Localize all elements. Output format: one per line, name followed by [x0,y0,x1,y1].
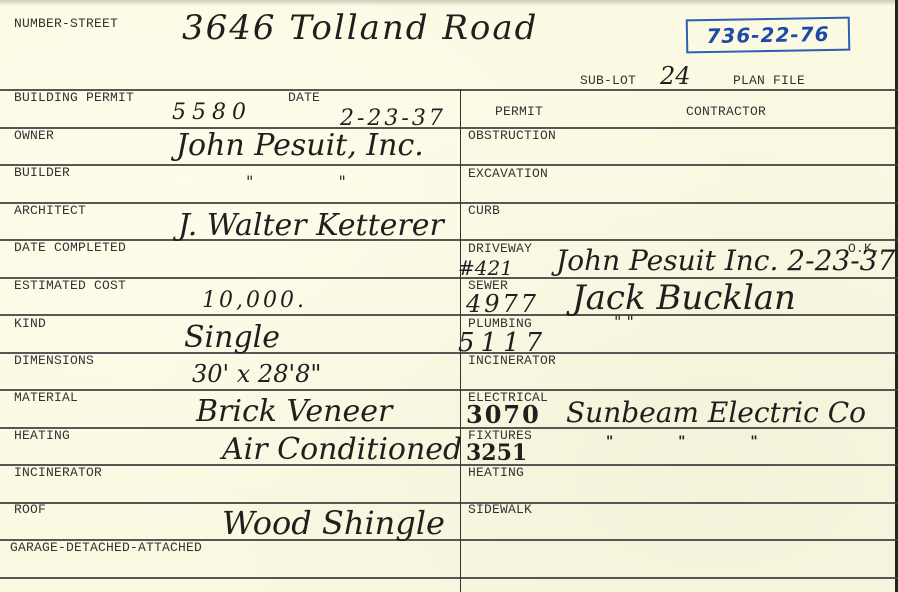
rule [0,202,898,204]
rule [0,89,898,91]
permit-label-curb: CURB [468,203,500,218]
rule [0,239,898,241]
field-value-kind: Single [184,320,280,355]
field-label-material: MATERIAL [14,390,78,405]
sewer-contractor: Jack Bucklan [572,278,796,318]
sub-lot-value: 24 [660,62,691,90]
electrical-permit-number: 3070 [466,400,541,429]
driveway-contractor: John Pesuit Inc. 2-23-37 [556,244,895,277]
plumbing-permit-number: 5117 [458,328,548,358]
field-label-heating: HEATING [14,428,70,443]
plan-file-label: PLAN FILE [733,73,805,88]
number-street-value: 3646 Tolland Road [182,8,538,48]
field-value-estimated-cost: 10,000. [202,288,307,313]
sewer-permit-number: 4977 [466,290,539,318]
electrical-contractor: Sunbeam Electric Co [566,396,866,429]
field-label-kind: KIND [14,316,46,331]
driveway-permit-number: #421 [458,256,513,280]
permit-label-sidewalk: SIDEWALK [468,502,532,517]
field-label-building-permit: BUILDING PERMIT [14,90,134,105]
field-value-heating: Air Conditioned [222,432,462,467]
field-label-incinerator: INCINERATOR [14,465,102,480]
plumbing-contractor: " " [614,312,634,331]
permit-label-excavation: EXCAVATION [468,166,548,181]
permit-label-obstruction: OBSTRUCTION [468,128,556,143]
card-top-shadow [0,0,898,6]
field-value-building-permit: 5580 [172,100,252,125]
number-street-label: NUMBER-STREET [14,16,118,31]
field-value-owner: John Pesuit, Inc. [176,128,424,163]
rule [0,164,898,166]
rule [0,352,898,354]
fixtures-contractor: " " " [606,434,788,450]
sub-lot-label: SUB-LOT [580,73,636,88]
rule [0,389,898,391]
rule [0,127,898,129]
field-value-dimensions: 30' x 28'8" [192,360,321,388]
field-value-roof: Wood Shingle [222,504,445,542]
building-permit-card: NUMBER-STREET 3646 Tolland Road 736-22-7… [0,0,898,592]
rule [0,502,898,504]
field-label-builder: BUILDER [14,165,70,180]
fixtures-permit-number: 3251 [466,440,527,466]
rule [0,577,898,579]
permit-label-heating: HEATING [468,465,524,480]
field-value-material: Brick Veneer [196,394,392,429]
field-label-estimated-cost: ESTIMATED COST [14,278,126,293]
field-label-garage: GARAGE-DETACHED-ATTACHED [10,540,202,555]
field-label-dimensions: DIMENSIONS [14,353,94,368]
field-label-roof: ROOF [14,502,46,517]
permit-column-header: PERMIT [495,104,543,119]
contractor-column-header: CONTRACTOR [686,104,766,119]
stamp-number: 736-22-76 [686,17,851,54]
field-label-owner: OWNER [14,128,54,143]
field-label-architect: ARCHITECT [14,203,86,218]
field-label-date-completed: DATE COMPLETED [14,240,126,255]
field-value-architect: J. Walter Ketterer [178,208,444,243]
permit-label-driveway: DRIVEWAY [468,241,532,256]
field-label-date: DATE [288,90,320,105]
field-value-builder: " " [246,172,386,191]
